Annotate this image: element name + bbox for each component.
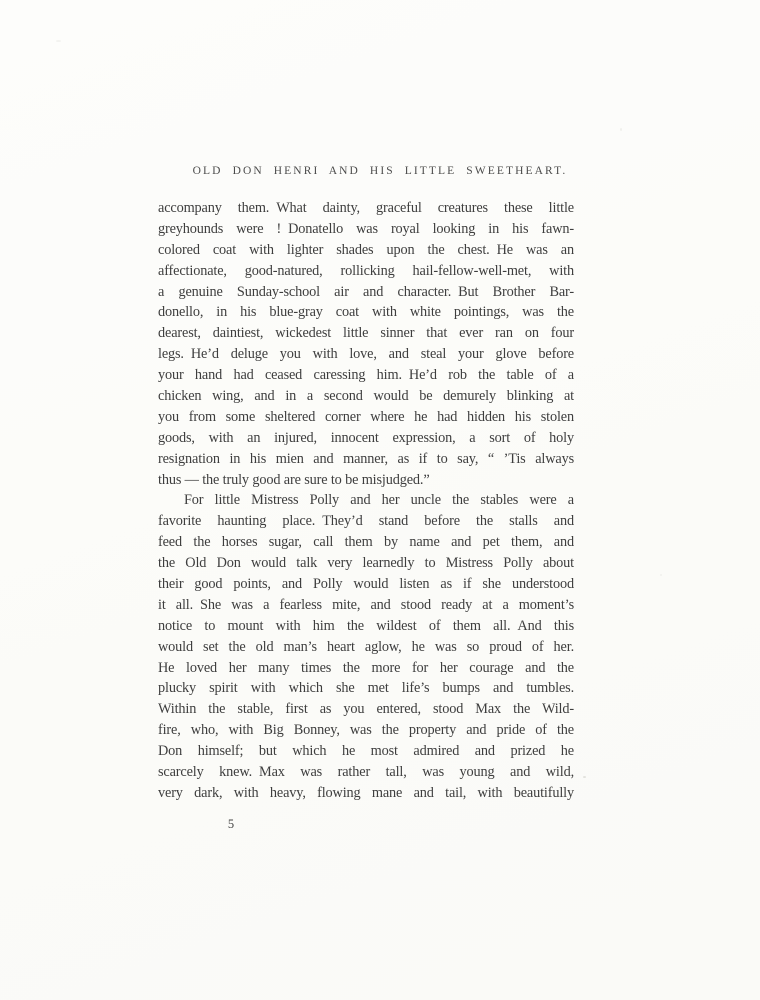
text-line: it all. She was a fearless mite, and sto… bbox=[158, 595, 574, 616]
text-line: greyhounds were ! Donatello was royal lo… bbox=[158, 219, 574, 240]
page-body: accompany them. What dainty, graceful cr… bbox=[158, 198, 574, 804]
text-line: thus — the truly good are sure to be mis… bbox=[158, 470, 574, 491]
text-line: feed the horses sugar, call them by name… bbox=[158, 532, 574, 553]
text-line: Within the stable, first as you entered,… bbox=[158, 699, 574, 720]
scan-speck bbox=[447, 292, 449, 294]
text-line: favorite haunting place. They’d stand be… bbox=[158, 511, 574, 532]
text-line: fire, who, with Big Bonney, was the prop… bbox=[158, 720, 574, 741]
text-line: their good points, and Polly would liste… bbox=[158, 574, 574, 595]
text-line: chicken wing, and in a second would be d… bbox=[158, 386, 574, 407]
text-line: colored coat with lighter shades upon th… bbox=[158, 240, 574, 261]
text-line: resignation in his mien and manner, as i… bbox=[158, 449, 574, 470]
scan-speck bbox=[56, 40, 61, 42]
text-line: a genuine Sunday-school air and characte… bbox=[158, 282, 574, 303]
text-line: scarcely knew. Max was rather tall, was … bbox=[158, 762, 574, 783]
text-line: dearest, daintiest, wickedest little sin… bbox=[158, 323, 574, 344]
text-line: notice to mount with him the wildest of … bbox=[158, 616, 574, 637]
page-number: 5 bbox=[222, 817, 240, 832]
text-line: affectionate, good-natured, rollicking h… bbox=[158, 261, 574, 282]
text-line: plucky spirit with which she met life’s … bbox=[158, 678, 574, 699]
paragraph: accompany them. What dainty, graceful cr… bbox=[158, 198, 574, 490]
text-line: accompany them. What dainty, graceful cr… bbox=[158, 198, 574, 219]
text-line: donello, in his blue-gray coat with whit… bbox=[158, 302, 574, 323]
running-header: OLD DON HENRI AND HIS LITTLE SWEETHEART. bbox=[158, 165, 578, 177]
text-line: very dark, with heavy, flowing mane and … bbox=[158, 783, 574, 804]
text-line: the Old Don would talk very learnedly to… bbox=[158, 553, 574, 574]
text-line: goods, with an injured, innocent express… bbox=[158, 428, 574, 449]
book-page: OLD DON HENRI AND HIS LITTLE SWEETHEART.… bbox=[0, 0, 760, 1000]
text-line: legs. He’d deluge you with love, and ste… bbox=[158, 344, 574, 365]
scan-speck bbox=[660, 574, 662, 576]
text-line: would set the old man’s heart aglow, he … bbox=[158, 637, 574, 658]
text-line: your hand had ceased caressing him. He’d… bbox=[158, 365, 574, 386]
scan-speck bbox=[196, 368, 198, 370]
text-line: He loved her many times the more for her… bbox=[158, 658, 574, 679]
scan-speck bbox=[620, 128, 622, 131]
paragraph: For little Mistress Polly and her uncle … bbox=[158, 490, 574, 803]
text-line: Don himself; but which he most admired a… bbox=[158, 741, 574, 762]
scan-speck bbox=[583, 776, 586, 778]
text-line: you from some sheltered corner where he … bbox=[158, 407, 574, 428]
text-line: For little Mistress Polly and her uncle … bbox=[158, 490, 574, 511]
